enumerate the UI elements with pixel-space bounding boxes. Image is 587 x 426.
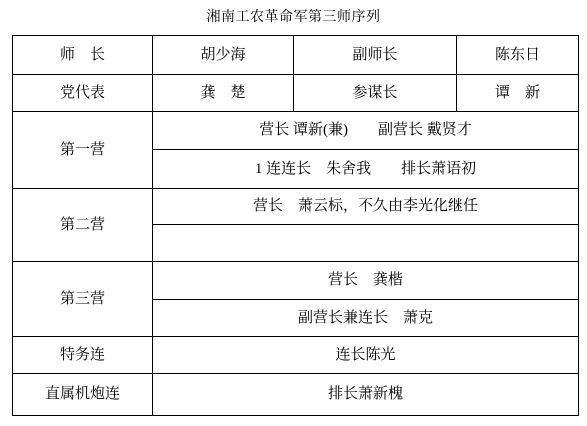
deputy-division-commander-name: 陈东日 [457,36,579,75]
page-title: 湘南工农革命军第三师序列 [0,10,587,26]
party-representative-name: 龚 楚 [153,75,294,112]
table-row: 直属机炮连 排长萧新槐 [13,374,579,416]
special-duty-company-label: 特务连 [13,337,153,374]
table-row: 师 长 胡少海 副师长 陈东日 [13,36,579,75]
party-representative-label: 党代表 [13,75,153,112]
chief-of-staff-name: 谭 新 [457,75,579,112]
special-duty-company-line-1: 连长陈光 [153,337,579,374]
page: 湘南工农革命军第三师序列 师 长 胡少海 副师长 陈东日 党代表 龚 楚 参谋长… [0,0,587,426]
machine-gun-artillery-company-line-1: 排长萧新槐 [153,374,579,416]
order-of-battle-table: 师 长 胡少海 副师长 陈东日 党代表 龚 楚 参谋长 谭 新 第一营 营长 谭… [12,35,579,416]
battalion-3-label: 第三营 [13,262,153,337]
battalion-3-line-1: 营长 龚楷 [153,262,579,300]
battalion-2-line-1: 营长 萧云标，不久由李光化继任 [153,189,579,225]
deputy-division-commander-label: 副师长 [294,36,457,75]
table-row: 特务连 连长陈光 [13,337,579,374]
machine-gun-artillery-company-label: 直属机炮连 [13,374,153,416]
division-commander-label: 师 长 [13,36,153,75]
table-row: 党代表 龚 楚 参谋长 谭 新 [13,75,579,112]
battalion-1-label: 第一营 [13,112,153,189]
battalion-1-line-1: 营长 谭新(兼) 副营长 戴贤才 [153,112,579,150]
division-commander-name: 胡少海 [153,36,294,75]
battalion-2-label: 第二营 [13,189,153,262]
table-row: 第三营 营长 龚楷 [13,262,579,300]
battalion-1-line-2: 1 连连长 朱舍我 排长萧语初 [153,150,579,189]
battalion-3-line-2: 副营长兼连长 萧克 [153,300,579,337]
battalion-2-line-2 [153,225,579,262]
table-row: 第一营 营长 谭新(兼) 副营长 戴贤才 [13,112,579,150]
chief-of-staff-label: 参谋长 [294,75,457,112]
table-row: 第二营 营长 萧云标，不久由李光化继任 [13,189,579,225]
